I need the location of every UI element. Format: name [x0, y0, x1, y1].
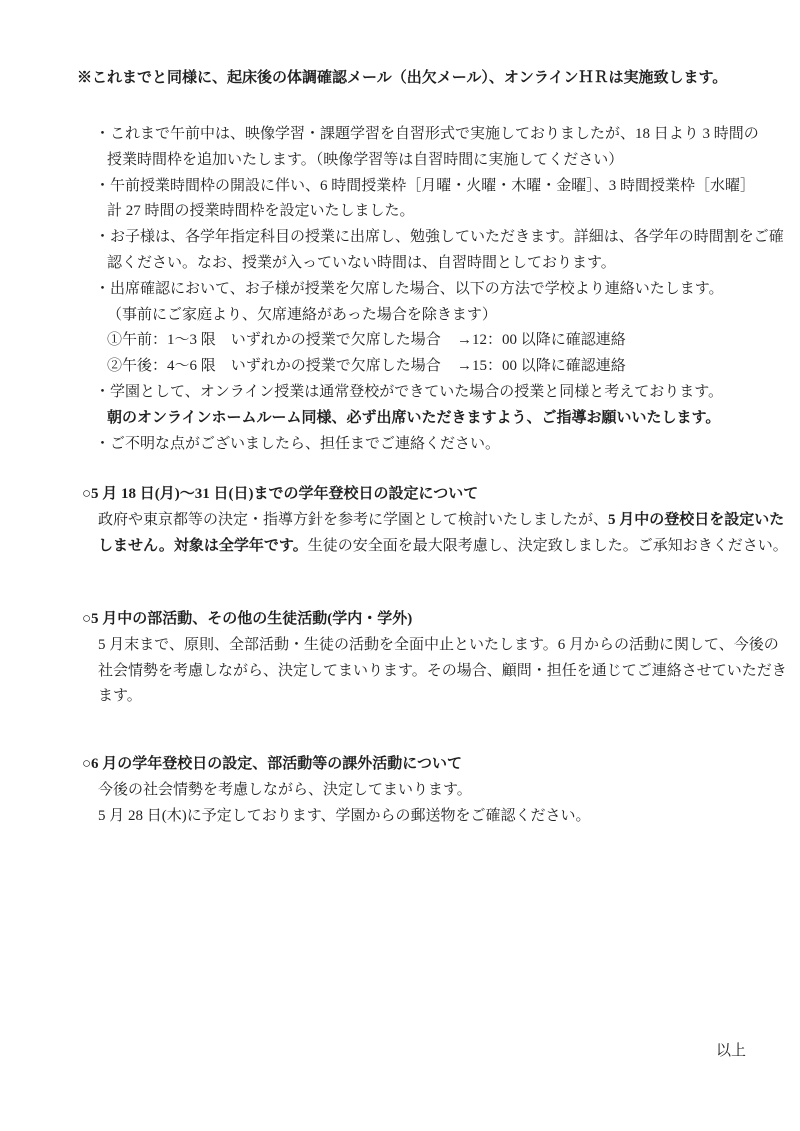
intro-note: ※これまでと同様に、起床後の体調確認メール（出欠メール）、オンラインＨＲは実施致…: [77, 66, 727, 92]
body-text: 5 月 28 日(木)に予定しております、学園からの郵送物をご確認ください。: [98, 808, 591, 824]
bullet-line: 朝のオンラインホームルーム同様、必ず出席いただきますよう、ご指導お願いいたします…: [95, 406, 775, 432]
body-text: 5 月末まで、原則、全部活動・生徒の活動を全面中止といたします。6 月からの活動…: [98, 637, 779, 653]
emphasized-text: しません。対象は全学年です。: [98, 538, 308, 554]
section-body-line: ます。: [82, 684, 772, 710]
bullet-line: ・学園として、オンライン授業は通常登校ができていた場合の授業と同様と考えておりま…: [95, 380, 775, 406]
body-text: 今後の社会情勢を考慮しながら、決定してまいります。: [98, 782, 472, 798]
bullet-line: （事前にご家庭より、欠席連絡があった場合を除きます）: [95, 303, 775, 329]
absence-case-text: ②午後：4～6 限 いずれかの授業で欠席した場合: [107, 354, 457, 380]
body-text: 生徒の安全面を最大限考慮し、決定致しました。ご承知おきください。: [308, 538, 788, 554]
section-may-school-attendance-days: ○5 月 18 日(月)～31 日(日)までの学年登校日の設定について 政府や東…: [82, 482, 772, 559]
section-heading: ○5 月 18 日(月)～31 日(日)までの学年登校日の設定について: [82, 482, 772, 508]
section-body-line: 政府や東京都等の決定・指導方針を参考に学園として検討いたしましたが、5 月中の登…: [82, 508, 772, 534]
absence-followup-text: →15：00 以降に確認連絡: [457, 358, 626, 374]
bullet-line: ・お子様は、各学年指定科目の授業に出席し、勉強していただきます。詳細は、各学年の…: [95, 225, 775, 251]
bullet-line: 授業時間枠を追加いたします。（映像学習等は自習時間に実施してください）: [95, 148, 775, 174]
section-heading: ○5 月中の部活動、その他の生徒活動(学内・学外): [82, 607, 772, 633]
bullet-line: ・出席確認において、お子様が授業を欠席した場合、以下の方法で学校より連絡いたしま…: [95, 277, 775, 303]
section-body-line: 今後の社会情勢を考慮しながら、決定してまいります。: [82, 778, 772, 804]
absence-case-text: ①午前：1～3 限 いずれかの授業で欠席した場合: [107, 328, 457, 354]
section-body-line: 5 月 28 日(木)に予定しております、学園からの郵送物をご確認ください。: [82, 804, 772, 830]
emphasized-text: 5 月中の登校日を設定いた: [608, 512, 784, 528]
section-june-plans: ○6 月の学年登校日の設定、部活動等の課外活動について 今後の社会情勢を考慮しな…: [82, 752, 772, 829]
section-heading: ○6 月の学年登校日の設定、部活動等の課外活動について: [82, 752, 772, 778]
section-body-line: しません。対象は全学年です。生徒の安全面を最大限考慮し、決定致しました。ご承知お…: [82, 534, 772, 560]
bullet-line: ・ご不明な点がございましたら、担任までご連絡ください。: [95, 432, 775, 458]
section-body: 5 月末まで、原則、全部活動・生徒の活動を全面中止といたします。6 月からの活動…: [82, 633, 772, 710]
body-text: 政府や東京都等の決定・指導方針を参考に学園として検討いたしましたが、: [98, 512, 608, 528]
body-text: ます。: [98, 688, 142, 704]
section-body: 政府や東京都等の決定・指導方針を参考に学園として検討いたしましたが、5 月中の登…: [82, 508, 772, 560]
notice-document-page: ※これまでと同様に、起床後の体調確認メール（出欠メール）、オンラインＨＲは実施致…: [0, 0, 800, 1131]
section-body-line: 5 月末まで、原則、全部活動・生徒の活動を全面中止といたします。6 月からの活動…: [82, 633, 772, 659]
bullet-line: ・午前授業時間枠の開設に伴い、6 時間授業枠［月曜・火曜・木曜・金曜］、3 時間…: [95, 174, 775, 200]
bullet-line: ・これまで午前中は、映像学習・課題学習を自習形式で実施しておりましたが、18 日…: [95, 122, 775, 148]
closing-word: 以上: [716, 1039, 746, 1065]
absence-followup-text: →12：00 以降に確認連絡: [457, 332, 626, 348]
section-body: 今後の社会情勢を考慮しながら、決定してまいります。5 月 28 日(木)に予定し…: [82, 778, 772, 830]
section-body-line: 社会情勢を考慮しながら、決定してまいります。その場合、顧問・担任を通じてご連絡さ…: [82, 659, 772, 685]
bullet-line: 計 27 時間の授業時間枠を設定いたしました。: [95, 199, 775, 225]
bullet-line: ②午後：4～6 限 いずれかの授業で欠席した場合→15：00 以降に確認連絡: [95, 354, 775, 380]
bullet-list: ・これまで午前中は、映像学習・課題学習を自習形式で実施しておりましたが、18 日…: [95, 122, 775, 457]
bullet-line: ①午前：1～3 限 いずれかの授業で欠席した場合→12：00 以降に確認連絡: [95, 328, 775, 354]
bullet-line: 認ください。なお、授業が入っていない時間は、自習時間としております。: [95, 251, 775, 277]
section-may-club-activities: ○5 月中の部活動、その他の生徒活動(学内・学外) 5 月末まで、原則、全部活動…: [82, 607, 772, 710]
body-text: 社会情勢を考慮しながら、決定してまいります。その場合、顧問・担任を通じてご連絡さ…: [98, 663, 787, 679]
